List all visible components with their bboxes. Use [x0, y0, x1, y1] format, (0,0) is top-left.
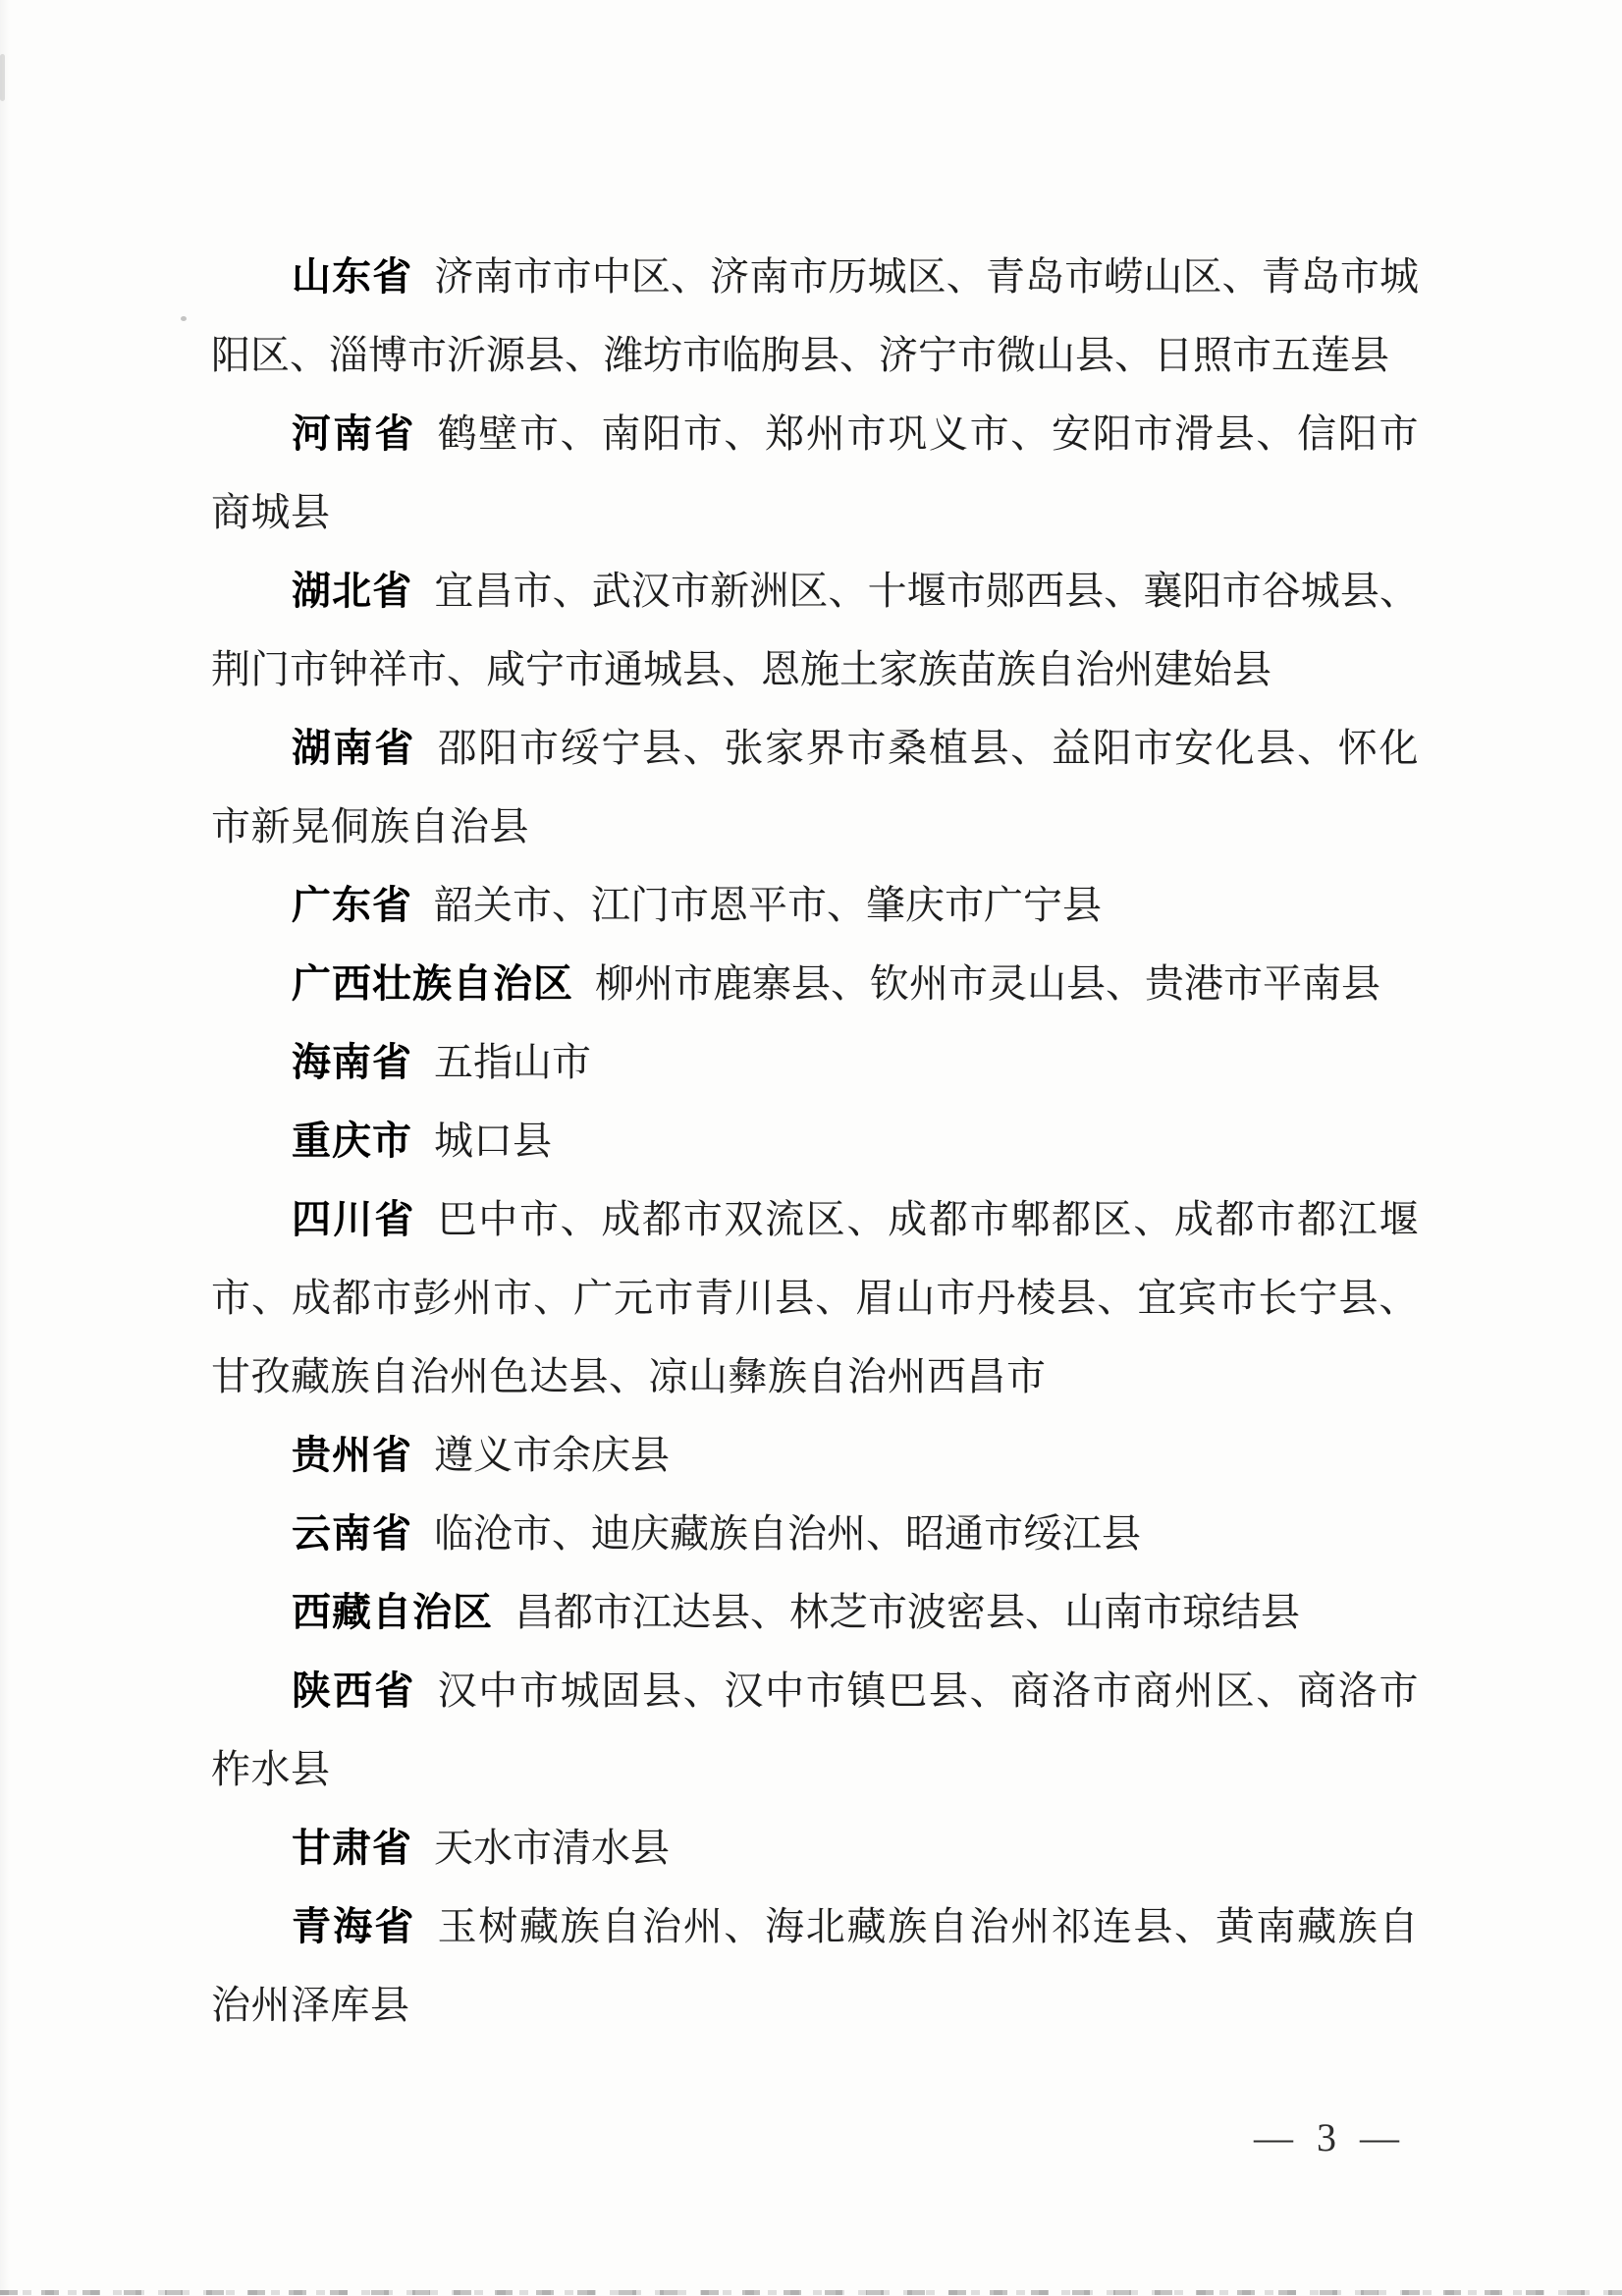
province-entry: 湖北省宜昌市、武汉市新洲区、十堰市郧西县、襄阳市谷城县、荆门市钟祥市、咸宁市通城…: [211, 552, 1419, 709]
province-entry: 山东省济南市市中区、济南市历城区、青岛市崂山区、青岛市城阳区、淄博市沂源县、潍坊…: [211, 238, 1419, 395]
province-name: 陕西省: [292, 1669, 416, 1713]
province-entry: 青海省玉树藏族自治州、海北藏族自治州祁连县、黄南藏族自治州泽库县: [211, 1887, 1419, 2045]
province-entry: 湖南省邵阳市绥宁县、张家界市桑植县、益阳市安化县、怀化市新晃侗族自治县: [211, 709, 1419, 866]
province-entry: 甘肃省天水市清水县: [211, 1809, 1419, 1887]
province-name: 重庆市: [292, 1120, 412, 1163]
province-name: 贵州省: [292, 1434, 412, 1477]
province-name: 西藏自治区: [292, 1591, 493, 1634]
province-list: 城口县: [434, 1119, 552, 1163]
province-name: 四川省: [292, 1198, 416, 1241]
scan-left-band: [0, 0, 10, 2296]
scan-speck: [181, 316, 187, 321]
province-name: 广西壮族自治区: [292, 962, 573, 1006]
province-name: 海南省: [292, 1041, 412, 1084]
province-name: 河南省: [292, 412, 416, 456]
province-list: 遵义市余庆县: [434, 1433, 670, 1477]
province-name: 湖南省: [292, 727, 416, 770]
province-entry: 云南省临沧市、迪庆藏族自治州、昭通市绥江县: [211, 1495, 1419, 1573]
province-entry: 河南省鹤壁市、南阳市、郑州市巩义市、安阳市滑县、信阳市商城县: [211, 395, 1419, 552]
province-name: 山东省: [292, 255, 412, 299]
province-list: 柳州市鹿寨县、钦州市灵山县、贵港市平南县: [595, 961, 1380, 1006]
scan-bottom-noise: [0, 2290, 1622, 2295]
scan-edge-shadow: [0, 54, 5, 101]
province-list: 天水市清水县: [434, 1826, 670, 1870]
text-block: 山东省济南市市中区、济南市历城区、青岛市崂山区、青岛市城阳区、淄博市沂源县、潍坊…: [211, 238, 1419, 2045]
province-entry: 重庆市城口县: [211, 1102, 1419, 1180]
province-name: 青海省: [292, 1905, 416, 1948]
province-name: 湖北省: [292, 570, 412, 613]
province-list: 临沧市、迪庆藏族自治州、昭通市绥江县: [434, 1511, 1141, 1556]
province-name: 广东省: [292, 884, 412, 927]
province-list: 五指山市: [434, 1040, 591, 1084]
province-name: 甘肃省: [292, 1827, 412, 1870]
province-entry: 贵州省遵义市余庆县: [211, 1416, 1419, 1495]
province-name: 云南省: [292, 1512, 412, 1556]
province-entry: 四川省巴中市、成都市双流区、成都市郫都区、成都市都江堰市、成都市彭州市、广元市青…: [211, 1180, 1419, 1416]
province-entry: 广东省韶关市、江门市恩平市、肇庆市广宁县: [211, 866, 1419, 945]
province-entry: 陕西省汉中市城固县、汉中市镇巴县、商洛市商州区、商洛市柞水县: [211, 1652, 1419, 1809]
province-list: 昌都市江达县、林芝市波密县、山南市琼结县: [514, 1590, 1300, 1634]
page-number: — 3 —: [1254, 2099, 1401, 2177]
province-entry: 西藏自治区昌都市江达县、林芝市波密县、山南市琼结县: [211, 1573, 1419, 1652]
province-list: 韶关市、江门市恩平市、肇庆市广宁县: [434, 883, 1102, 927]
document-page: 山东省济南市市中区、济南市历城区、青岛市崂山区、青岛市城阳区、淄博市沂源县、潍坊…: [0, 0, 1622, 2296]
province-entry: 海南省五指山市: [211, 1023, 1419, 1102]
province-entry: 广西壮族自治区柳州市鹿寨县、钦州市灵山县、贵港市平南县: [211, 945, 1419, 1023]
